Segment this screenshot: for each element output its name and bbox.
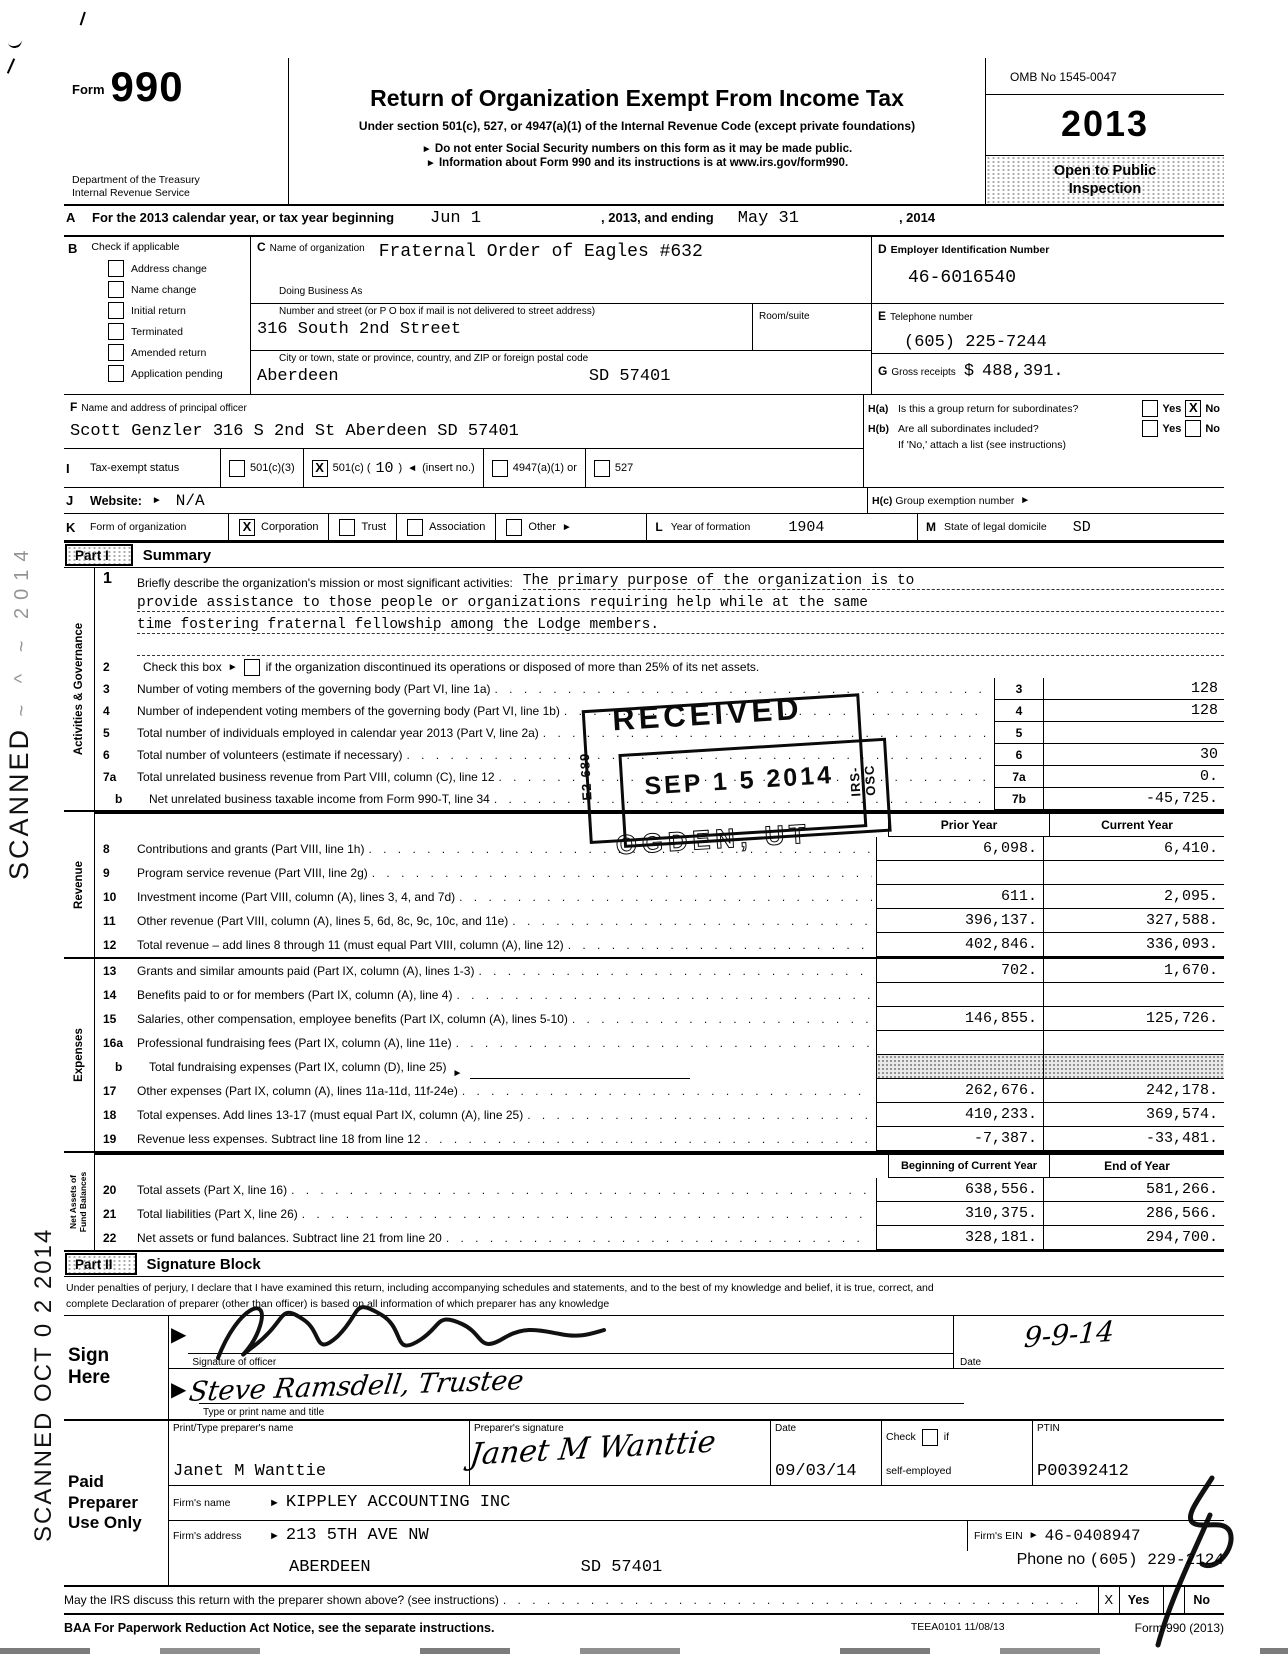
status-527-label: 527	[615, 462, 633, 474]
city-label: City or town, state or province, country…	[279, 353, 871, 364]
right-arrow-icon: ►	[228, 662, 238, 673]
expense-row-19: 19Revenue less expenses. Subtract line 1…	[95, 1127, 1224, 1151]
right-arrow-icon: ►	[426, 158, 436, 169]
preparer-name-field[interactable]: Print/Type preparer's name Janet M Wantt…	[169, 1421, 470, 1485]
form-of-organization-row: K Form of organization XCorporation Trus…	[64, 514, 1224, 542]
name-change-checkbox[interactable]	[108, 281, 124, 298]
form-number: 990	[111, 68, 184, 106]
expenses-section: Expenses 13Grants and similar amounts pa…	[64, 957, 1224, 1151]
firm-ein-value: 46-0408947	[1045, 1527, 1141, 1545]
scanned-stamp-lower: SCANNED OCT 0 2 2014	[30, 1228, 58, 1542]
dot-leader	[459, 890, 872, 904]
mission-blank-line	[137, 655, 1224, 656]
discontinued-checkbox[interactable]	[244, 659, 260, 676]
state-zip-value: SD 57401	[589, 367, 671, 386]
use-only-label: Use Only	[68, 1513, 168, 1533]
sign-here-block: Sign Here ▶ Signature of officer 9-9-14 …	[64, 1316, 1224, 1421]
firm-name-label: Firm's name	[169, 1497, 269, 1509]
dot-leader	[372, 866, 872, 880]
stamp-right-code: IRS-OSC	[846, 747, 879, 797]
ha-question: Is this a group return for subordinates?	[898, 403, 1138, 415]
status-501c3-label: 501(c)(3)	[250, 462, 295, 474]
ha-yes-checkbox[interactable]	[1142, 400, 1158, 417]
ein-phone-column: DEmployer Identification Number 46-60165…	[871, 237, 1224, 394]
net-row-21: 21Total liabilities (Part X, line 26) 31…	[95, 1202, 1224, 1226]
right-arrow-icon: ►	[422, 144, 432, 155]
net-row-22: 22Net assets or fund balances. Subtract …	[95, 1226, 1224, 1250]
status-4947a1-label: 4947(a)(1) or	[513, 462, 577, 474]
shaded-cell	[1043, 1055, 1224, 1079]
ein-label: Employer Identification Number	[891, 244, 1050, 256]
hb-yes-checkbox[interactable]	[1142, 420, 1158, 437]
signature-arrow-icon: ▶	[171, 1377, 186, 1419]
ein-value: 46-6016540	[908, 268, 1224, 288]
group-return-block: H(a) Is this a group return for subordin…	[863, 395, 1224, 487]
website-label: Website:	[90, 494, 142, 508]
prior-year-header: Prior Year	[888, 814, 1049, 837]
mission-line-1: The primary purpose of the organization …	[523, 573, 1224, 590]
checkbox-row-address-change: Address change	[64, 258, 250, 279]
tax-year-begin: Jun 1	[430, 209, 481, 228]
firm-address-label: Firm's address	[169, 1530, 269, 1542]
dot-leader	[302, 1207, 872, 1221]
left-arrow-icon: ◄	[407, 463, 417, 474]
preparer-signature-field[interactable]: Preparer's signature Janet M Wanttie	[470, 1421, 771, 1485]
status-501c-label: 501(c) (	[333, 462, 371, 474]
part2-header: Part II Signature Block	[64, 1250, 1224, 1277]
ptin-field[interactable]: PTIN P00392412	[1032, 1421, 1223, 1485]
ha-no-checkbox[interactable]: X	[1185, 400, 1201, 417]
firm-address-row: Firm's address ► 213 5TH AVE NW Firm's E…	[169, 1521, 1224, 1551]
entity-block: B Check if applicable Address change Nam…	[64, 237, 1224, 395]
part2-badge: Part II	[65, 1253, 137, 1275]
phone-label: Telephone number	[890, 312, 973, 323]
preparer-label: Preparer	[68, 1493, 168, 1513]
city-value: Aberdeen	[257, 367, 339, 386]
omb-number: OMB No 1545-0047	[986, 58, 1224, 95]
expense-row-15: 15Salaries, other compensation, employee…	[95, 1007, 1224, 1031]
gross-receipts-label: Gross receipts	[891, 367, 955, 378]
revenue-row-10: 10Investment income (Part VIII, column (…	[95, 885, 1224, 909]
right-arrow-icon: ►	[1029, 1530, 1039, 1541]
line-a-id: A	[64, 210, 92, 225]
status-501c-insert-number: 10	[376, 460, 394, 477]
dot-leader	[527, 1108, 872, 1122]
mission-line-2: provide assistance to those people or or…	[137, 595, 1224, 612]
discuss-yes-checkbox[interactable]: X	[1098, 1587, 1120, 1613]
phone-value: (605) 225-7244	[904, 333, 1224, 352]
irs-discuss-row: May the IRS discuss this return with the…	[64, 1587, 1224, 1615]
other-checkbox[interactable]	[506, 519, 522, 536]
address-change-checkbox[interactable]	[108, 260, 124, 277]
teea-code: TEEA0101 11/08/13	[911, 1621, 1005, 1633]
hb-no-checkbox[interactable]	[1185, 420, 1201, 437]
preparer-name-value: Janet M Wanttie	[173, 1462, 326, 1481]
form-of-org-label: Form of organization	[90, 521, 228, 533]
dot-leader	[291, 1183, 872, 1197]
officer-and-status-block: FName and address of principal officer S…	[64, 395, 1224, 488]
officer-name-row: ▶ Steve Ramsdell, Trustee Type or print …	[169, 1369, 1224, 1419]
check-if-applicable: B Check if applicable Address change Nam…	[64, 237, 251, 394]
street-value: 316 South 2nd Street	[257, 320, 752, 339]
side-label-governance: Activities & Governance	[73, 623, 85, 755]
status-501c-checkbox[interactable]: X	[312, 460, 328, 477]
revenue-row-11: 11Other revenue (Part VIII, column (A), …	[95, 909, 1224, 933]
dept-treasury: Department of the Treasury	[72, 174, 288, 187]
dot-leader	[572, 1012, 872, 1026]
form-title: Return of Organization Exempt From Incom…	[299, 86, 975, 111]
part1-title: Summary	[133, 543, 211, 567]
street-label: Number and street (or P O box if mail is…	[279, 306, 752, 317]
form-footer: BAA For Paperwork Reduction Act Notice, …	[64, 1615, 1224, 1635]
org-name-address-column: CName of organization Fraternal Order of…	[251, 237, 871, 394]
right-arrow-icon: ►	[452, 1068, 462, 1079]
status-527-checkbox[interactable]	[594, 460, 610, 477]
form-header: Form 990 Department of the Treasury Inte…	[64, 58, 1224, 206]
checkbox-row-amended-return: Amended return	[64, 342, 250, 363]
firm-statezip-value: SD 57401	[581, 1558, 663, 1577]
dot-leader	[568, 938, 872, 952]
dba-label: Doing Business As	[279, 286, 362, 297]
principal-officer-label: Name and address of principal officer	[81, 403, 246, 414]
hb-question: Are all subordinates included?	[898, 423, 1138, 435]
form-subtitle: Under section 501(c), 527, or 4947(a)(1)…	[299, 119, 975, 133]
org-name-label: Name of organization	[270, 243, 365, 254]
tax-year-line: A For the 2013 calendar year, or tax yea…	[64, 206, 1224, 237]
revenue-row-12: 12Total revenue – add lines 8 through 11…	[95, 933, 1224, 957]
officer-signature-field[interactable]: Signature of officer	[188, 1316, 953, 1368]
scanned-stamp-upper: SCANNED ~ ^ ~ 2014	[4, 543, 35, 880]
here-label: Here	[68, 1367, 168, 1389]
section-b-id: B	[68, 241, 77, 256]
part1-header: Part I Summary	[64, 542, 1224, 568]
expense-row-16a: 16aProfessional fundraising fees (Part I…	[95, 1031, 1224, 1055]
firm-name-value: KIPPLEY ACCOUNTING INC	[286, 1493, 510, 1512]
expense-row-17: 17Other expenses (Part IX, column (A), l…	[95, 1079, 1224, 1103]
discuss-no-checkbox[interactable]	[1163, 1587, 1185, 1613]
website-row: J Website: ► N/A H(c) Group exemption nu…	[64, 488, 1224, 514]
status-4947a1-checkbox[interactable]	[492, 460, 508, 477]
dot-leader	[456, 988, 872, 1002]
officer-date-field[interactable]: 9-9-14 Date	[953, 1316, 1224, 1368]
year-of-formation-value: 1904	[788, 519, 824, 536]
application-pending-checkbox[interactable]	[108, 365, 124, 382]
paid-label: Paid	[68, 1472, 168, 1492]
side-label-revenue: Revenue	[73, 861, 85, 909]
side-label-net-assets: Net Assets ofFund Balances	[69, 1172, 89, 1232]
type-or-print-label: Type or print name and title	[203, 1407, 324, 1418]
trust-checkbox[interactable]	[339, 519, 355, 536]
dept-irs: Internal Revenue Service	[72, 187, 288, 200]
self-employed-checkbox[interactable]	[922, 1429, 938, 1446]
officer-signature-scribble	[208, 1288, 668, 1376]
phone-no-label: Phone no	[1017, 1551, 1086, 1568]
fundraising-expense-blank	[470, 1064, 690, 1079]
officer-signature-row: ▶ Signature of officer 9-9-14 Date	[169, 1316, 1224, 1369]
checkbox-label: Application pending	[131, 368, 223, 380]
hb-note: If 'No,' attach a list (see instructions…	[898, 439, 1220, 451]
preparer-date-value: 09/03/14	[775, 1462, 857, 1481]
baa-notice: BAA For Paperwork Reduction Act Notice, …	[64, 1621, 494, 1635]
net-assets-column-headers: Beginning of Current Year End of Year	[95, 1153, 1224, 1178]
form-word: Form	[72, 82, 105, 97]
amended-return-checkbox[interactable]	[108, 344, 124, 361]
part1-badge: Part I	[65, 544, 133, 566]
header-bullet-1: Do not enter Social Security numbers on …	[435, 143, 852, 155]
checkbox-row-initial-return: Initial return	[64, 300, 250, 321]
dot-leader	[478, 964, 872, 978]
firm-address-value: 213 5TH AVE NW	[286, 1526, 429, 1545]
pen-stray-mark	[70, 8, 86, 25]
sign-label: Sign	[68, 1345, 168, 1367]
expense-row-14: 14Benefits paid to or for members (Part …	[95, 983, 1224, 1007]
header-bullet-2: Information about Form 990 and its instr…	[439, 157, 848, 169]
tax-exempt-status-row: I Tax-exempt status 501(c)(3) X 501(c) (…	[64, 448, 863, 487]
principal-officer-value: Scott Genzler 316 S 2nd St Aberdeen SD 5…	[70, 422, 863, 441]
dot-leader	[425, 1132, 873, 1146]
firm-name-row: Firm's name ► KIPPLEY ACCOUNTING INC	[169, 1486, 1224, 1521]
scan-edge-artifact	[0, 1648, 1288, 1654]
expense-row-13: 13Grants and similar amounts paid (Part …	[95, 959, 1224, 983]
signature-arrow-icon: ▶	[171, 1322, 186, 1368]
shaded-cell	[876, 1055, 1043, 1079]
current-year-header: Current Year	[1049, 814, 1224, 837]
right-arrow-icon: ►	[269, 1530, 280, 1542]
group-exemption-label: Group exemption number	[895, 495, 1014, 507]
mission-label: Briefly describe the organization's miss…	[137, 576, 513, 590]
association-checkbox[interactable]	[407, 519, 423, 536]
ptin-value: P00392412	[1037, 1462, 1129, 1481]
firm-city-value: ABERDEEN	[289, 1558, 371, 1577]
line2-pre: Check this box	[143, 660, 222, 674]
website-value: N/A	[176, 492, 205, 510]
dot-leader	[456, 1036, 872, 1050]
preparer-date-field[interactable]: Date 09/03/14	[771, 1421, 882, 1485]
omb-year-block: OMB No 1545-0047 2013 Open to PublicInsp…	[985, 58, 1224, 204]
checkbox-label: Address change	[131, 263, 207, 275]
terminated-checkbox[interactable]	[108, 323, 124, 340]
expense-row-16b: bTotal fundraising expenses (Part IX, co…	[95, 1055, 1224, 1079]
irs-discuss-question: May the IRS discuss this return with the…	[64, 1593, 499, 1607]
tax-exempt-status-label: Tax-exempt status	[90, 462, 220, 474]
revenue-row-9: 9Program service revenue (Part VIII, lin…	[95, 861, 1224, 885]
state-of-domicile-label: State of legal domicile	[944, 521, 1047, 533]
line-a-tail: , 2014	[899, 210, 935, 225]
currency-symbol: $	[964, 362, 974, 381]
checkbox-label: Name change	[131, 284, 196, 296]
form-number-block: Form 990 Department of the Treasury Inte…	[64, 58, 289, 204]
status-501c3-checkbox[interactable]	[229, 460, 245, 477]
checkbox-row-name-change: Name change	[64, 279, 250, 300]
pen-stray-mark	[7, 58, 15, 73]
corporation-checkbox[interactable]: X	[239, 519, 255, 536]
form-990-footer-ref: Form 990 (2013)	[1135, 1621, 1224, 1635]
side-label-expenses: Expenses	[73, 1028, 85, 1082]
part2-title: Signature Block	[137, 1252, 261, 1276]
firm-city-row: ABERDEEN SD 57401 Phone no (605) 229-212…	[169, 1551, 1224, 1585]
tax-year-end: May 31	[738, 209, 799, 228]
initial-return-checkbox[interactable]	[108, 302, 124, 319]
open-to-public-badge: Open to PublicInspection	[986, 156, 1224, 204]
self-employed-check: Check if self-employed	[882, 1421, 1032, 1485]
right-arrow-icon: ►	[269, 1497, 280, 1509]
checkbox-row-terminated: Terminated	[64, 321, 250, 342]
year-of-formation-label: Year of formation	[671, 521, 751, 533]
dot-leader	[462, 1084, 872, 1098]
mission-line-3: time fostering fraternal fellowship amon…	[137, 617, 1224, 634]
beginning-year-header: Beginning of Current Year	[888, 1155, 1049, 1178]
firm-ein-label: Firm's EIN	[974, 1530, 1023, 1542]
stamp-left-code: E2-689	[577, 752, 595, 801]
tax-year: 2013	[986, 95, 1224, 156]
room-suite-label: Room/suite	[759, 311, 810, 322]
org-name-value: Fraternal Order of Eagles #632	[379, 242, 703, 262]
checkbox-row-application-pending: Application pending	[64, 363, 250, 384]
end-of-year-header: End of Year	[1049, 1155, 1224, 1178]
irs-received-stamp: RECEIVED SEP 1 5 2014 OGDEN, UT E2-689 I…	[579, 656, 890, 864]
pen-stray-mark	[7, 37, 23, 50]
officer-date-handwritten: 9-9-14	[1023, 1314, 1115, 1354]
line-a-mid: , 2013, and ending	[601, 210, 714, 225]
form-title-block: Return of Organization Exempt From Incom…	[289, 58, 985, 204]
section-b-title: Check if applicable	[91, 241, 179, 256]
right-arrow-icon: ►	[152, 495, 162, 506]
checkbox-label: Amended return	[131, 347, 206, 359]
state-of-domicile-value: SD	[1073, 519, 1091, 536]
right-arrow-icon: ►	[562, 522, 572, 533]
dot-leader	[503, 1593, 1094, 1607]
paid-preparer-block: Paid Preparer Use Only Print/Type prepar…	[64, 1421, 1224, 1587]
dot-leader	[512, 914, 872, 928]
firm-phone-value: (605) 229-2124	[1090, 1551, 1224, 1569]
date-label: Date	[960, 1357, 981, 1368]
expense-row-18: 18Total expenses. Add lines 13-17 (must …	[95, 1103, 1224, 1127]
insert-no-note: (insert no.)	[422, 462, 475, 474]
checkbox-label: Terminated	[131, 326, 183, 338]
net-assets-section: Net Assets ofFund Balances Beginning of …	[64, 1151, 1224, 1250]
line-a-text: For the 2013 calendar year, or tax year …	[92, 210, 394, 225]
dot-leader	[446, 1231, 872, 1245]
right-arrow-icon: ►	[1020, 495, 1030, 506]
checkbox-label: Initial return	[131, 305, 186, 317]
net-row-20: 20Total assets (Part X, line 16) 638,556…	[95, 1178, 1224, 1202]
gross-receipts-value: 488,391.	[982, 362, 1064, 381]
